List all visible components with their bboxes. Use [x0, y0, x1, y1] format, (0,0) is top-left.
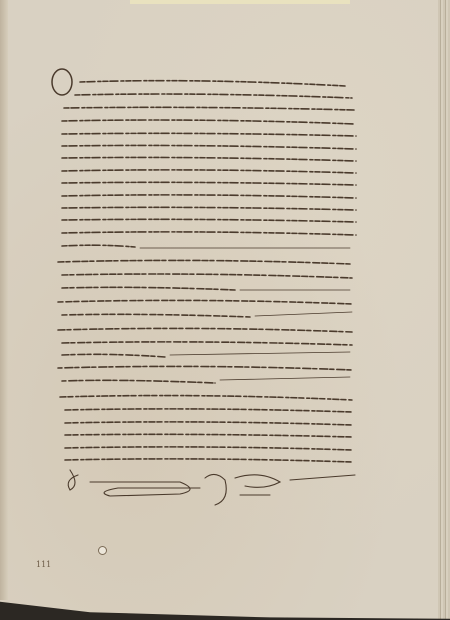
handwritten-text [0, 0, 450, 620]
manuscript-page: 111 [0, 0, 450, 620]
paper-hole [98, 546, 107, 555]
folio-number: 111 [36, 560, 51, 569]
